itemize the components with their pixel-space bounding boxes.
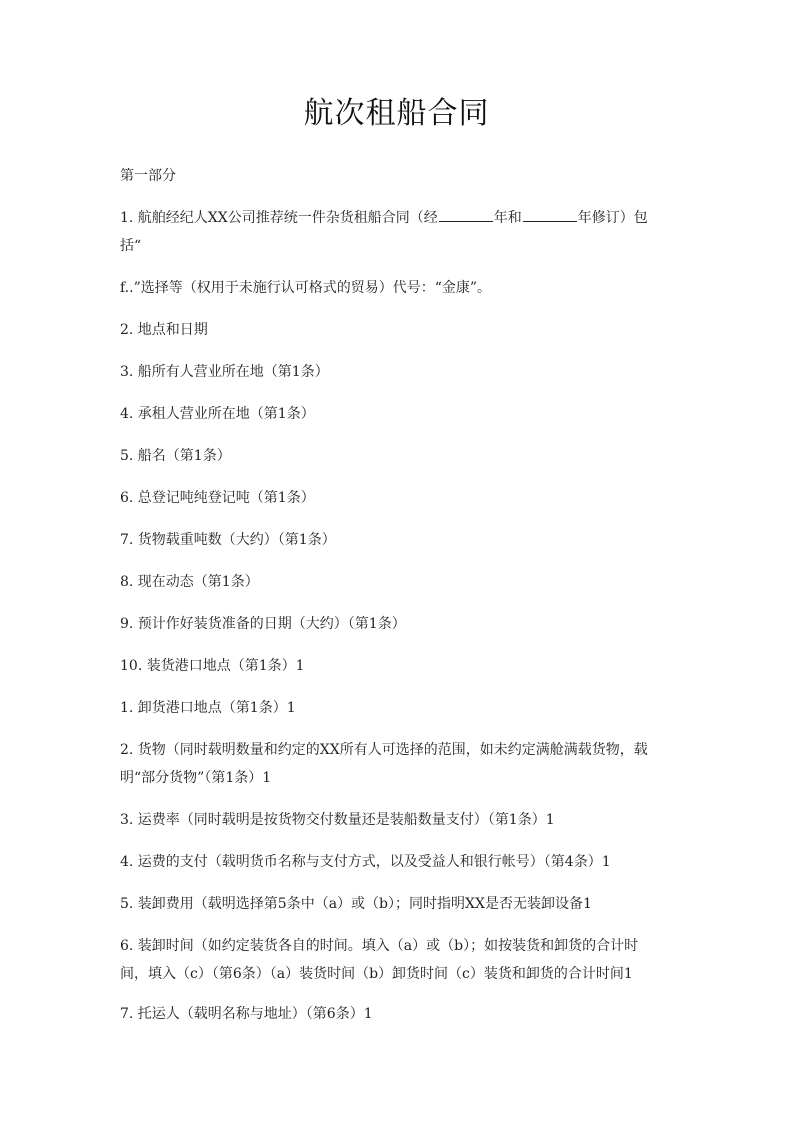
clause-12-cargo: 2. 货物（同时载明数量和约定的XX所有人可选择的范围，如未约定满舱满载货物，载… bbox=[120, 736, 676, 792]
clause-1-suffix: 年修订）包 bbox=[578, 210, 648, 226]
clause-9: 9. 预计作好装货准备的日期（大约）（第1条） bbox=[120, 610, 676, 638]
clause-1: 1. 航舶经纪人XX公司推荐统一件杂货租船合同（经年和年修订）包 括“ bbox=[120, 204, 676, 260]
clause-14-freight-payment: 4. 运费的支付（载明货币名称与支付方式，以及受益人和银行帐号）（第4条）1 bbox=[120, 848, 676, 876]
clause-10: 10. 装货港口地点（第1条）1 bbox=[120, 652, 676, 680]
document-page: 航次租船合同 第一部分 1. 航舶经纪人XX公司推荐统一件杂货租船合同（经年和年… bbox=[0, 0, 793, 1122]
clause-16-line-2: 间，填入（c）（第6条）（a）装货时间（b）卸货时间（c）装货和卸货的合计时间1 bbox=[120, 960, 676, 988]
clause-1-line-2: 括“ bbox=[120, 232, 676, 260]
clause-13-freight-rate: 3. 运费率（同时载明是按货物交付数量还是装船数量支付）（第1条）1 bbox=[120, 806, 676, 834]
clause-16-laytime: 6. 装卸时间（如约定装货各自的时间。填入（a）或（b）；如按装货和卸货的合计时… bbox=[120, 932, 676, 988]
clause-4: 4. 承租人营业所在地（第1条） bbox=[120, 400, 676, 428]
clause-7: 7. 货物载重吨数（大约）（第1条） bbox=[120, 526, 676, 554]
year-blank-2[interactable] bbox=[523, 207, 577, 222]
clause-1-mid: 年和 bbox=[494, 210, 522, 226]
clause-17-shipper: 7. 托运人（载明名称与地址）（第6条）1 bbox=[120, 1000, 676, 1028]
clause-12-line-2: 明“部分货物”（第1条）1 bbox=[120, 764, 676, 792]
clause-5: 5. 船名（第1条） bbox=[120, 442, 676, 470]
clause-6: 6. 总登记吨纯登记吨（第1条） bbox=[120, 484, 676, 512]
clause-1-prefix: 1. 航舶经纪人XX公司推荐统一件杂货租船合同（经 bbox=[120, 210, 438, 226]
year-blank-1[interactable] bbox=[439, 207, 493, 222]
clause-16-line-1: 6. 装卸时间（如约定装货各自的时间。填入（a）或（b）；如按装货和卸货的合计时 bbox=[120, 932, 676, 960]
clause-1-continuation: f..”选择等（权用于未施行认可格式的贸易）代号：“金康”。 bbox=[120, 274, 676, 302]
clause-12-line-1: 2. 货物（同时载明数量和约定的XX所有人可选择的范围，如未约定满舱满载货物，载 bbox=[120, 736, 676, 764]
clause-15-loading-costs: 5. 装卸费用（载明选择第5条中（a）或（b）；同时指明XX是否无装卸设备1 bbox=[120, 890, 676, 918]
section-heading: 第一部分 bbox=[120, 162, 676, 190]
clause-8: 8. 现在动态（第1条） bbox=[120, 568, 676, 596]
clause-3: 3. 船所有人营业所在地（第1条） bbox=[120, 358, 676, 386]
clause-11: 1. 卸货港口地点（第1条）1 bbox=[120, 694, 676, 722]
document-title: 航次租船合同 bbox=[0, 94, 793, 134]
clause-1-line-1: 1. 航舶经纪人XX公司推荐统一件杂货租船合同（经年和年修订）包 bbox=[120, 204, 676, 232]
clause-2: 2. 地点和日期 bbox=[120, 316, 676, 344]
